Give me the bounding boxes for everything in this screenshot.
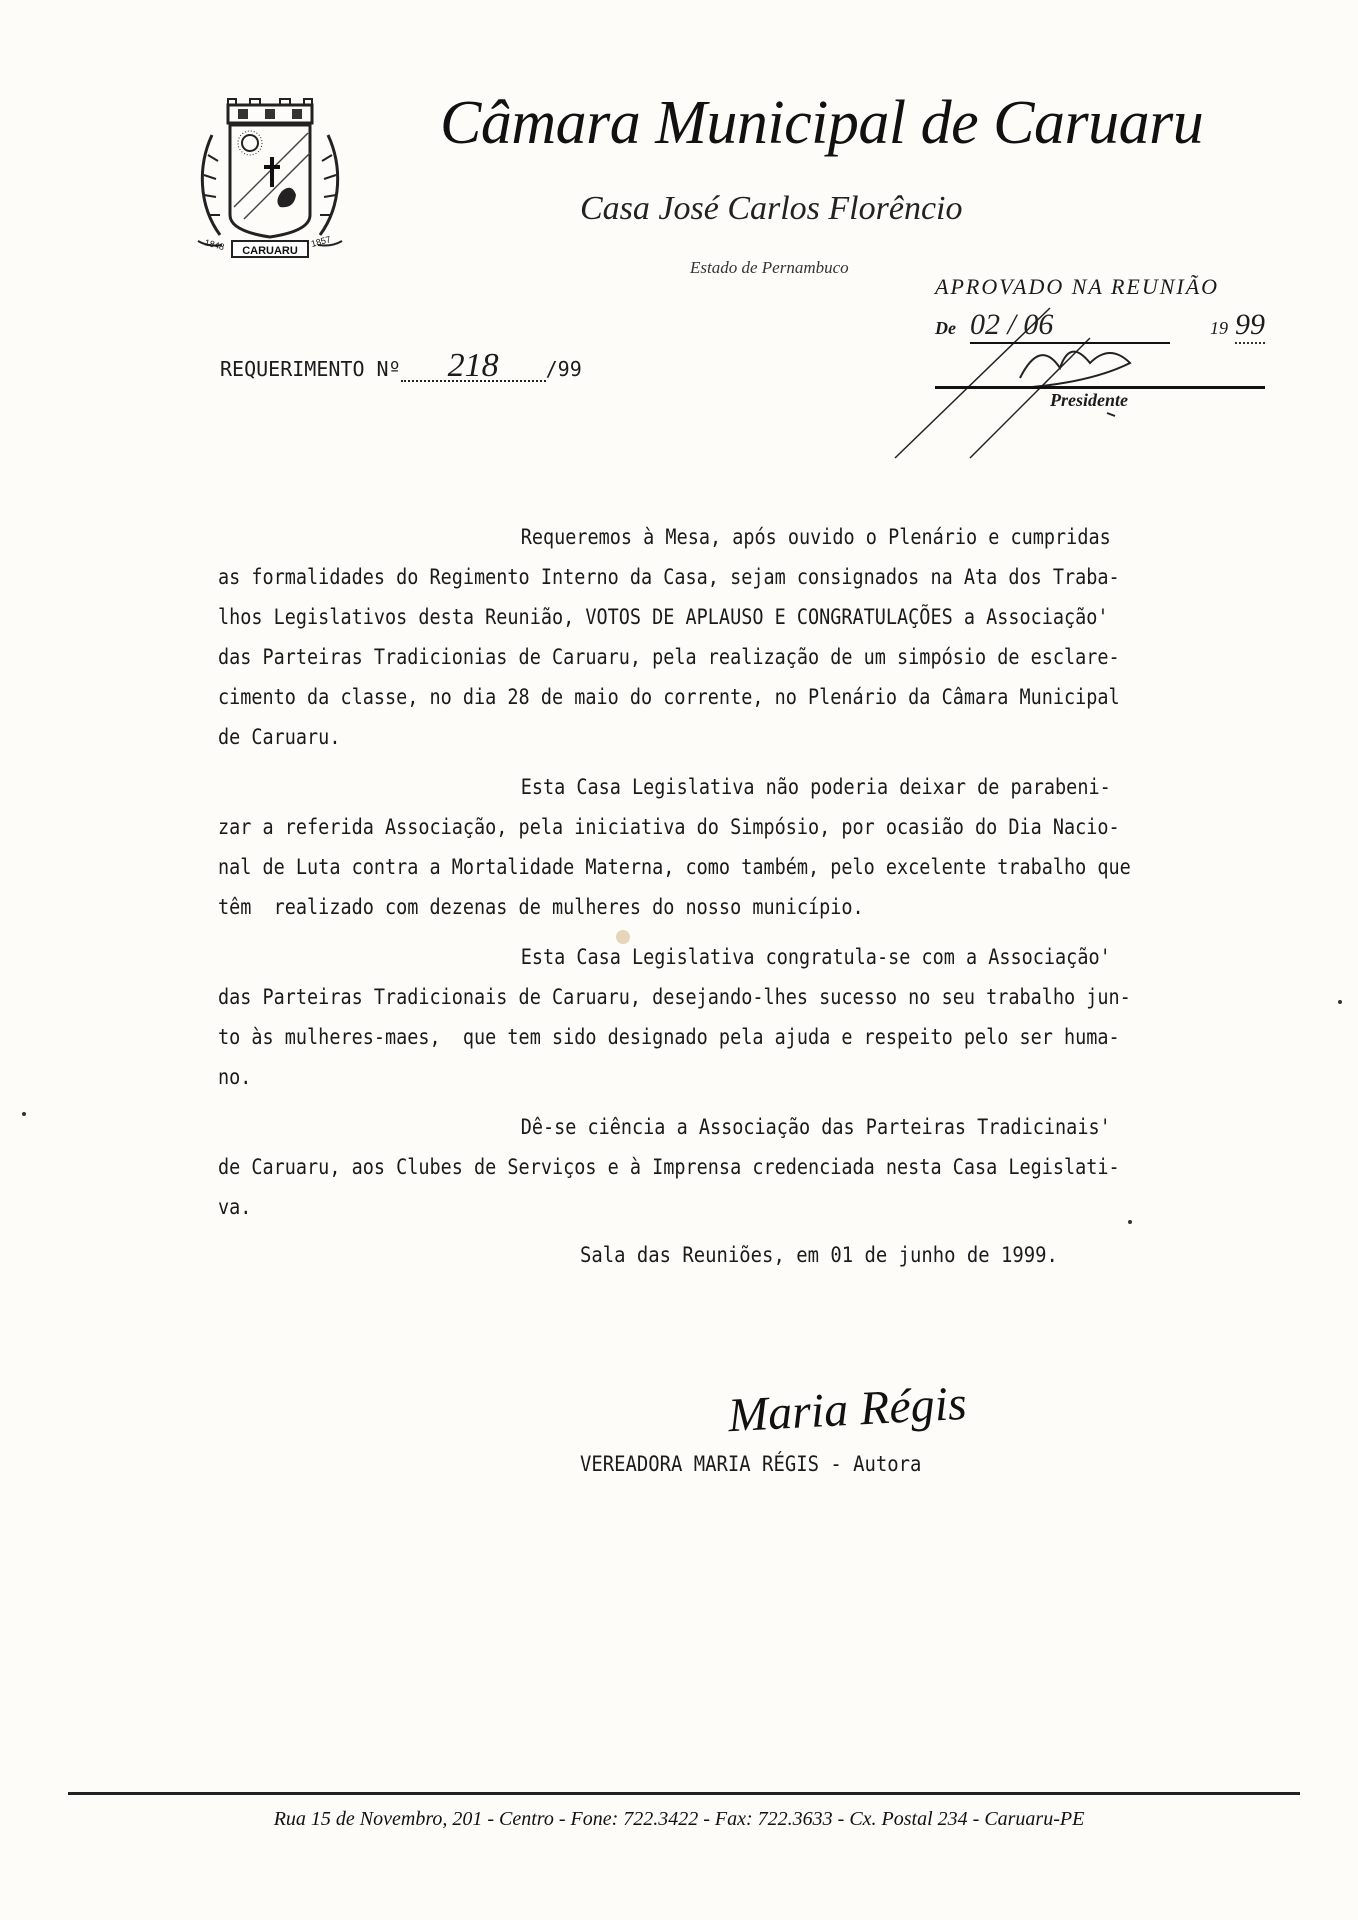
body-line: to às mulheres-maes, que tem sido design… xyxy=(218,1018,1323,1058)
signature-line xyxy=(935,386,1265,389)
approval-date-value: 02 / 06 xyxy=(970,308,1170,344)
requerimento-year: /99 xyxy=(546,357,582,381)
approval-date-label: De xyxy=(935,318,956,339)
scan-speck xyxy=(1128,1220,1132,1224)
body-line: das Parteiras Tradicionais de Caruaru, d… xyxy=(218,978,1323,1018)
body-line: nal de Luta contra a Mortalidade Materna… xyxy=(218,848,1323,888)
body-line: de Caruaru, aos Clubes de Serviços e à I… xyxy=(218,1148,1323,1188)
body-line: Dê-se ciência a Associação das Parteiras… xyxy=(521,1115,1111,1140)
place-and-date: Sala das Reuniões, em 01 de junho de 199… xyxy=(580,1243,1058,1267)
body-line: de Caruaru. xyxy=(218,718,1323,758)
paragraph-4: Dê-se ciência a Associação das Parteiras… xyxy=(218,1108,1323,1228)
author-signature: Maria Régis xyxy=(727,1376,968,1443)
scan-speck xyxy=(22,1112,26,1116)
document-body: Requeremos à Mesa, após ouvido o Plenári… xyxy=(218,518,1323,1238)
approval-stamp-title: APROVADO NA REUNIÃO xyxy=(935,274,1219,300)
institution-subtitle: Casa José Carlos Florêncio xyxy=(580,190,962,228)
paragraph-1: Requeremos à Mesa, após ouvido o Plenári… xyxy=(218,518,1323,758)
body-line: zar a referida Associação, pela iniciati… xyxy=(218,808,1323,848)
body-line: as formalidades do Regimento Interno da … xyxy=(218,558,1323,598)
institution-title: Câmara Municipal de Caruaru xyxy=(440,88,1200,159)
svg-text:1857: 1857 xyxy=(310,234,332,249)
state-label: Estado de Pernambuco xyxy=(690,258,849,278)
approval-stamp: APROVADO NA REUNIÃO De 02 / 06 19 99 Pre… xyxy=(890,268,1290,468)
body-line: das Parteiras Tradicionias de Caruaru, p… xyxy=(218,638,1323,678)
footer-divider xyxy=(68,1792,1300,1795)
body-line: Esta Casa Legislativa não poderia deixar… xyxy=(521,775,1111,800)
approval-year-value: 99 xyxy=(1235,308,1265,344)
requerimento-number-value: 218 xyxy=(401,352,546,382)
requerimento-label: REQUERIMENTO Nº xyxy=(220,357,401,381)
body-line: cimento da classe, no dia 28 de maio do … xyxy=(218,678,1323,718)
requerimento-number: REQUERIMENTO Nº218/99 xyxy=(220,352,582,382)
approval-year-prefix: 19 xyxy=(1210,318,1228,339)
svg-text:1848: 1848 xyxy=(203,237,225,252)
paragraph-3: Esta Casa Legislativa congratula-se com … xyxy=(218,938,1323,1098)
body-line: têm realizado com dezenas de mulheres do… xyxy=(218,888,1323,928)
body-line: lhos Legislativos desta Reunião, VOTOS D… xyxy=(218,598,1323,638)
scan-speck xyxy=(1338,1000,1342,1004)
svg-text:CARUARU: CARUARU xyxy=(242,245,298,257)
signer-name: VEREADORA MARIA RÉGIS - Autora xyxy=(580,1452,921,1476)
body-line: va. xyxy=(218,1188,1323,1228)
president-label: Presidente xyxy=(1050,390,1128,411)
footer-address: Rua 15 de Novembro, 201 - Centro - Fone:… xyxy=(0,1808,1358,1831)
scan-stain xyxy=(616,930,630,944)
body-line: Requeremos à Mesa, após ouvido o Plenári… xyxy=(521,525,1111,550)
paragraph-2: Esta Casa Legislativa não poderia deixar… xyxy=(218,768,1323,928)
coat-of-arms-icon: CARUARU 1848 1857 xyxy=(190,95,350,265)
body-line: Esta Casa Legislativa congratula-se com … xyxy=(521,945,1111,970)
body-line: no. xyxy=(218,1058,1323,1098)
